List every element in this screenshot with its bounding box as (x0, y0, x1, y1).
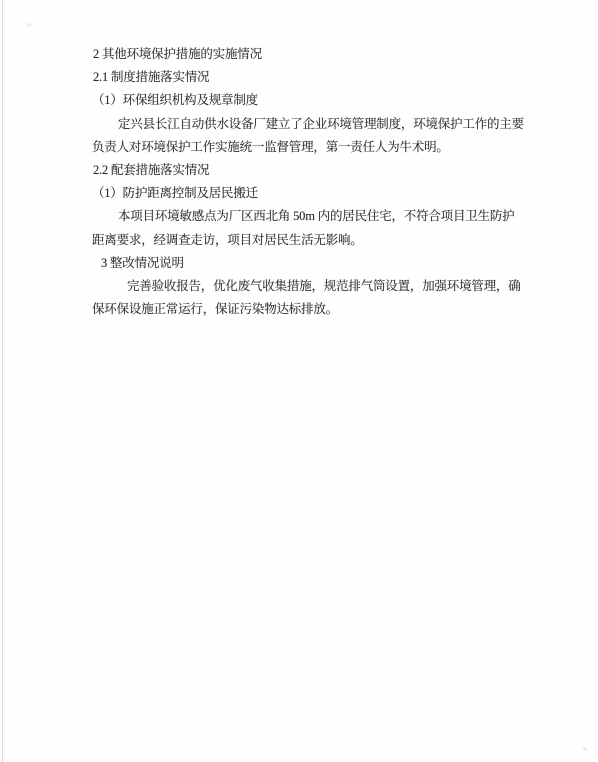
text-line-heading-section-2-2: 2.2 配套措施落实情况 (92, 159, 522, 182)
document-text-column: 2 其他环境保护措施的实施情况2.1 制度措施落实情况（1）环保组织机构及规章制… (92, 43, 522, 321)
scan-edge-line (2, 0, 3, 762)
scan-artifact-speck-top-left (27, 23, 32, 27)
text-line-heading-section-2-1: 2.1 制度措施落实情况 (92, 66, 522, 89)
scanned-document-page: 2 其他环境保护措施的实施情况2.1 制度措施落实情况（1）环保组织机构及规章制… (0, 0, 598, 762)
text-line-subheading-item-1-dist: （1）防护距离控制及居民搬迁 (92, 182, 522, 205)
text-line-para-rectify-line-2: 保环保设施正常运行，保证污染物达标排放。 (92, 298, 522, 321)
scan-artifact-speck-bottom-right (583, 747, 587, 751)
text-line-para-rectify-line-1: 完善验收报告，优化废气收集措施，规范排气筒设置，加强环境管理，确 (92, 275, 522, 298)
text-line-heading-section-3: 3 整改情况说明 (92, 252, 522, 275)
text-line-para-org-line-2: 负责人对环境保护工作实施统一监督管理，第一责任人为牛术明。 (92, 136, 522, 159)
text-line-heading-section-2: 2 其他环境保护措施的实施情况 (92, 43, 522, 66)
text-line-subheading-item-1-org: （1）环保组织机构及规章制度 (92, 89, 522, 112)
text-line-para-org-line-1: 定兴县长江自动供水设备厂建立了企业环境管理制度，环境保护工作的主要 (92, 113, 522, 136)
text-line-para-distance-line-1: 本项目环境敏感点为厂区西北角 50m 内的居民住宅，不符合项目卫生防护 (92, 205, 522, 228)
text-line-para-distance-line-2: 距离要求，经调查走访，项目对居民生活无影响。 (92, 229, 522, 252)
